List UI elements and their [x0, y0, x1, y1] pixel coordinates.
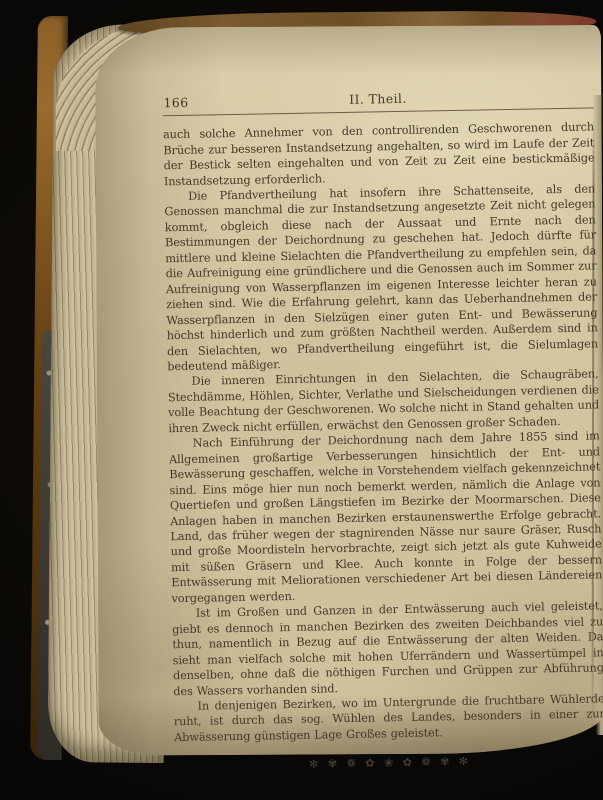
- page-content: 166 II. Theil. auch solche Annehmer von …: [162, 87, 603, 773]
- paragraph: Nach Einführung der Deichordnung nach de…: [169, 429, 603, 607]
- book-page: 166 II. Theil. auch solche Annehmer von …: [95, 25, 603, 756]
- body-text: auch solche Annehmer von den controllire…: [163, 120, 603, 746]
- page-number: 166: [163, 95, 188, 110]
- paragraph: Ist im Großen und Ganzen in der Entwässe…: [172, 599, 603, 700]
- paragraph: auch solche Annehmer von den controllire…: [163, 120, 595, 190]
- paragraph: Die inneren Einrichtungen in den Sielach…: [167, 367, 599, 437]
- paragraph: Die Pfandvertheilung hat insofern ihre S…: [164, 181, 598, 374]
- floral-ornament: ✻ ✾ ❁ ✿ ❀ ✿ ❁ ✾ ✻: [175, 753, 603, 774]
- book-photo: 166 II. Theil. auch solche Annehmer von …: [0, 0, 603, 800]
- paragraph: In denjenigen Bezirken, wo im Untergrund…: [173, 691, 603, 745]
